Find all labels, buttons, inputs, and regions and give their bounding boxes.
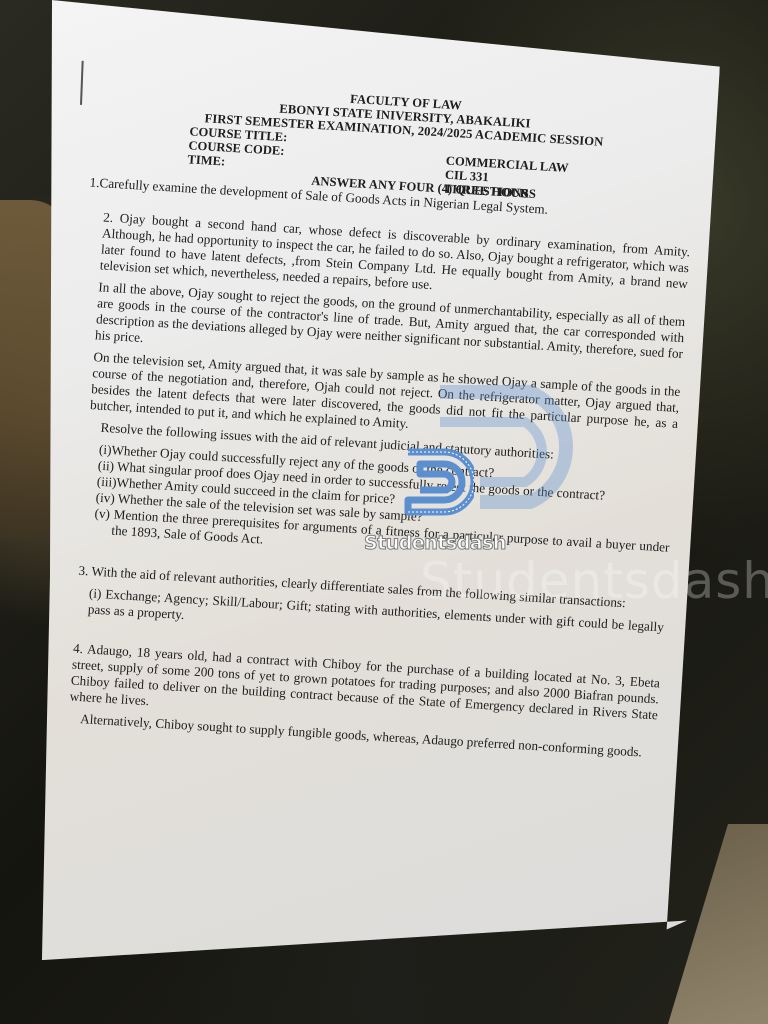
watermark-brand-text: Studentsdash: [364, 532, 506, 554]
pen-mark: [80, 61, 84, 105]
studentsdash-logo-icon: [404, 448, 474, 516]
background-floor: [668, 824, 768, 1024]
exam-paper-sheet: FACULTY OF LAW EBONYI STATE INIVERSITY, …: [15, 0, 722, 978]
watermark-brand-large: Studentsdash: [420, 552, 768, 610]
question-4: 4. Adaugo, 18 years old, had a contract …: [68, 641, 661, 762]
